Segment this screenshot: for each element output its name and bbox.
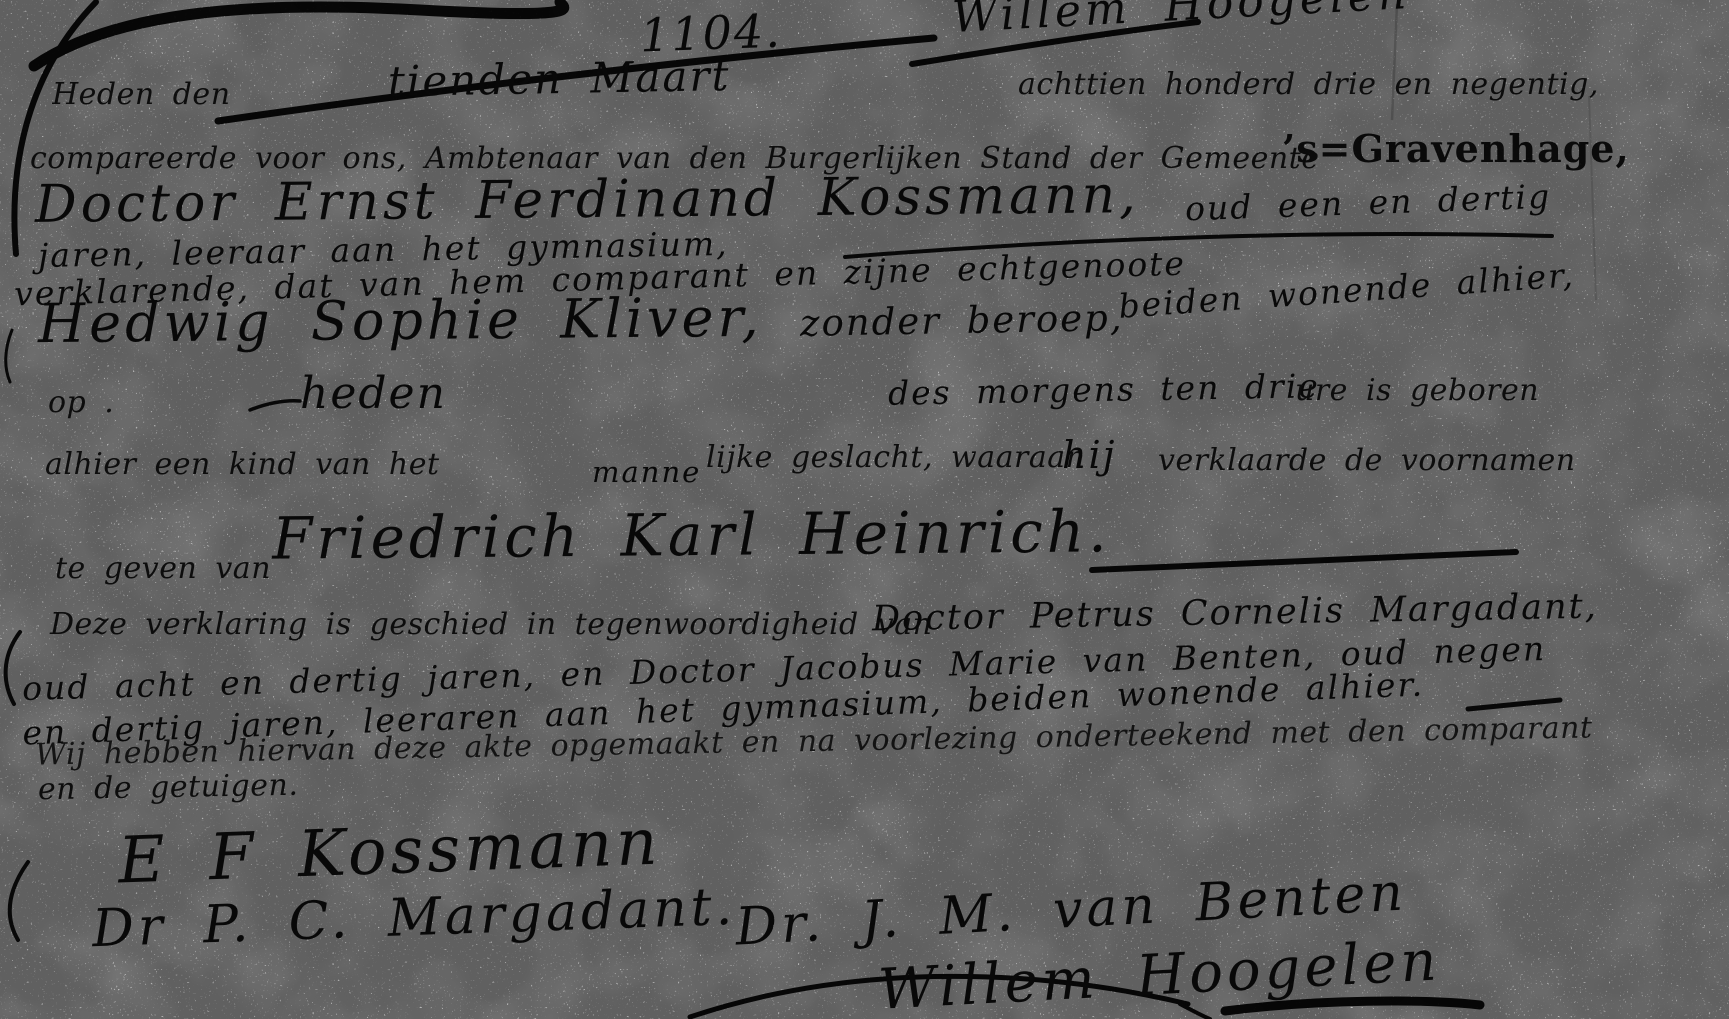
printed-deze-verklaring: Deze verklaring is geschied in tegenwoor… [50,610,932,640]
printed-year: achttien honderd drie en negentig, [1018,70,1599,100]
paper-crease [1392,4,1397,120]
margin-pen-marks [6,330,28,940]
scanned-birth-record-page: 1104. Willem Hoogelen Heden den tienden … [0,0,1729,1019]
printed-verklaarde-voornamen: verklaarde de voornamen [1158,446,1576,476]
entry-birth-time: des morgens ten drie [888,369,1320,410]
entry-child-names: Friedrich Karl Heinrich. [272,502,1111,567]
printed-te-geven-van: te geven van [55,554,271,584]
entry-hij: hij [1062,436,1116,474]
printed-heden-den: Heden den [52,80,231,110]
entry-birth-day: heden [300,372,447,416]
entry-date: tienden Maart [388,55,731,103]
fill-in-rule [1092,552,1516,570]
fill-in-rule [1468,700,1560,709]
pen-swash [250,401,300,410]
printed-city-gravenhage: ’s=Gravenhage, [1282,130,1630,168]
entry-mother-occupation: zonder beroep, [800,299,1124,342]
entry-father-name: Doctor Ernst Ferdinand Kossmann, [35,169,1140,231]
entry-mother-name: Hedwig Sophie Kliver, [38,291,763,351]
entry-gender-manne: manne [592,458,701,487]
printed-closing-2: en de getuigen. [38,771,299,806]
printed-alhier-kind: alhier een kind van het [45,450,440,480]
signature-comparant: E F Kossmann [117,811,662,894]
printed-lijke-geslacht: lijke geslacht, waaraan [706,443,1085,473]
printed-op: op . [48,388,114,418]
printed-ure-is-geboren: ure is geboren [1295,376,1539,406]
